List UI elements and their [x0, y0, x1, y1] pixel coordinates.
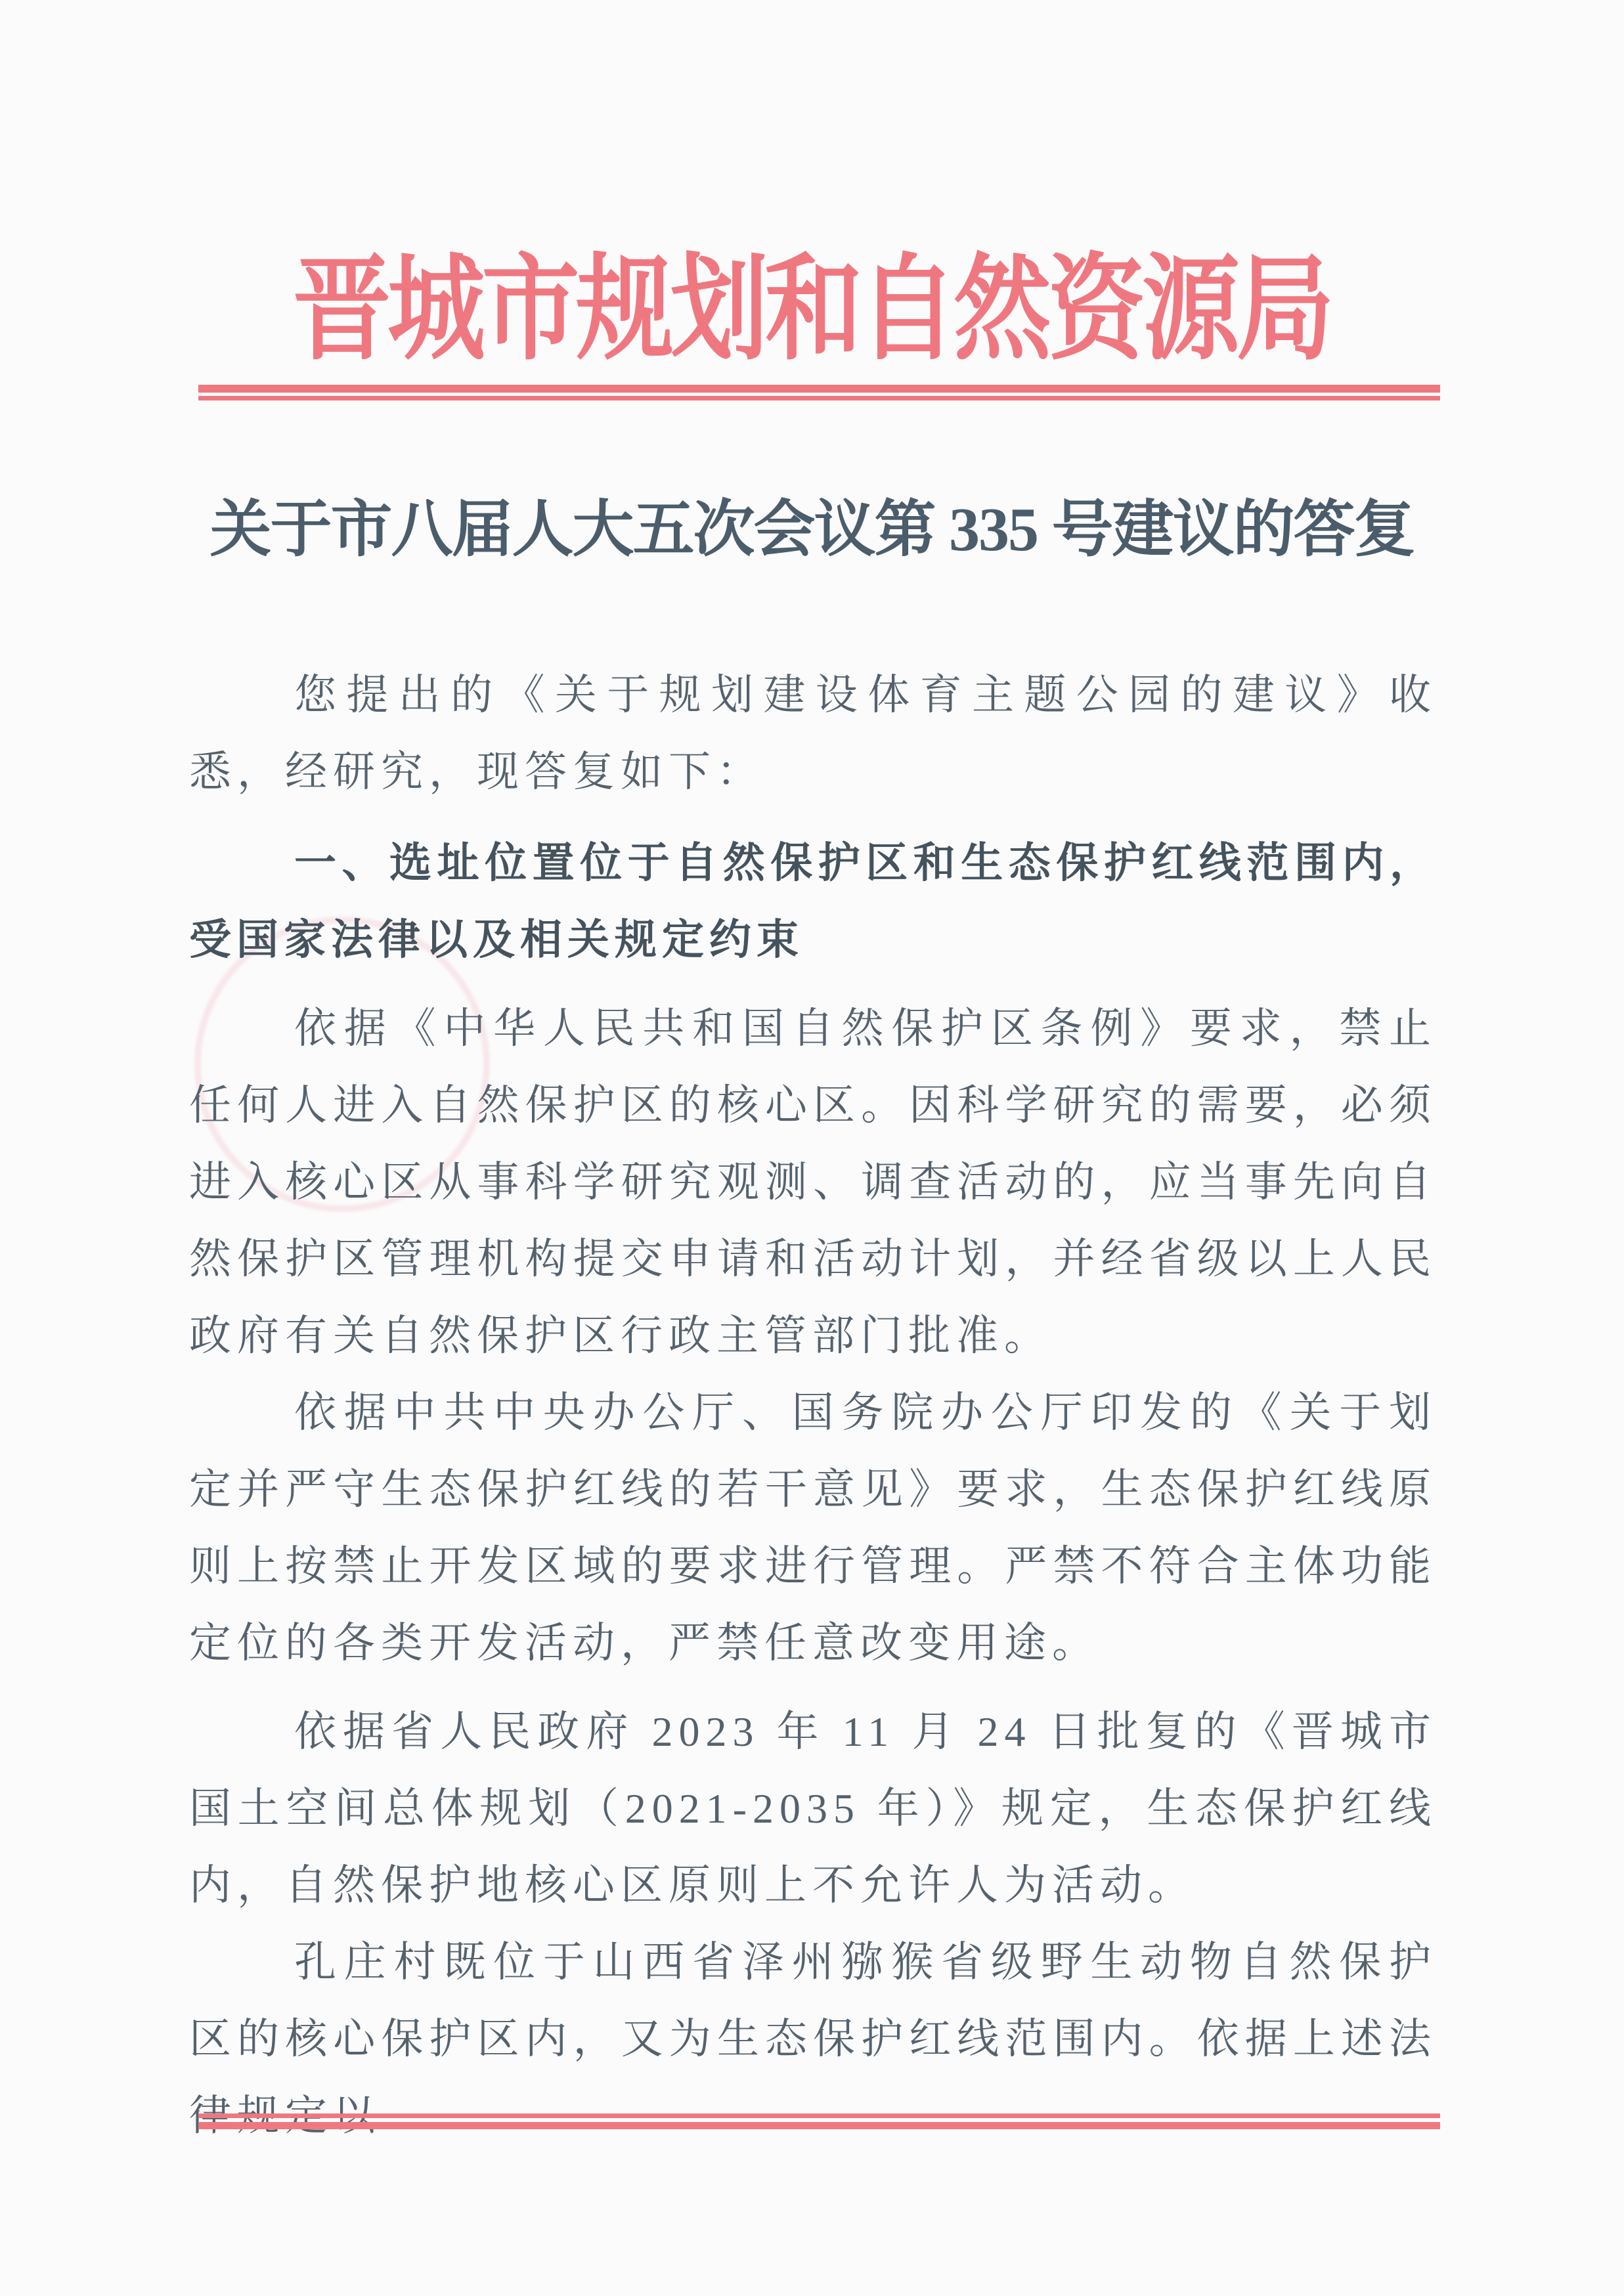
document-title: 关于市八届人大五次会议第 335 号建议的答复	[0, 487, 1624, 573]
document-page: 晋城市规划和自然资源局 关于市八届人大五次会议第 335 号建议的答复 您提出的…	[0, 0, 1624, 2296]
paragraph-regulation-3: 依据省人民政府 2023 年 11 月 24 日批复的《晋城市国土空间总体规划（…	[189, 1693, 1437, 1924]
footer-double-rule	[198, 2113, 1440, 2129]
paragraph-regulation-2: 依据中共中央办公厅、国务院办公厅印发的《关于划定并严守生态保护红线的若干意见》要…	[189, 1374, 1437, 1681]
document-body: 您提出的《关于规划建设体育主题公园的建议》收悉，经研究，现答复如下： 一、选址位…	[189, 657, 1437, 2154]
letterhead-agency-title: 晋城市规划和自然资源局	[121, 244, 1502, 376]
letterhead-double-rule	[198, 385, 1440, 401]
paragraph-regulation-1: 依据《中华人民共和国自然保护区条例》要求，禁止任何人进入自然保护区的核心区。因科…	[189, 990, 1437, 1374]
section-heading-1: 一、选址位置位于自然保护区和生态保护红线范围内，受国家法律以及相关规定约束	[189, 825, 1437, 978]
paragraph-intro: 您提出的《关于规划建设体育主题公园的建议》收悉，经研究，现答复如下：	[189, 657, 1437, 810]
